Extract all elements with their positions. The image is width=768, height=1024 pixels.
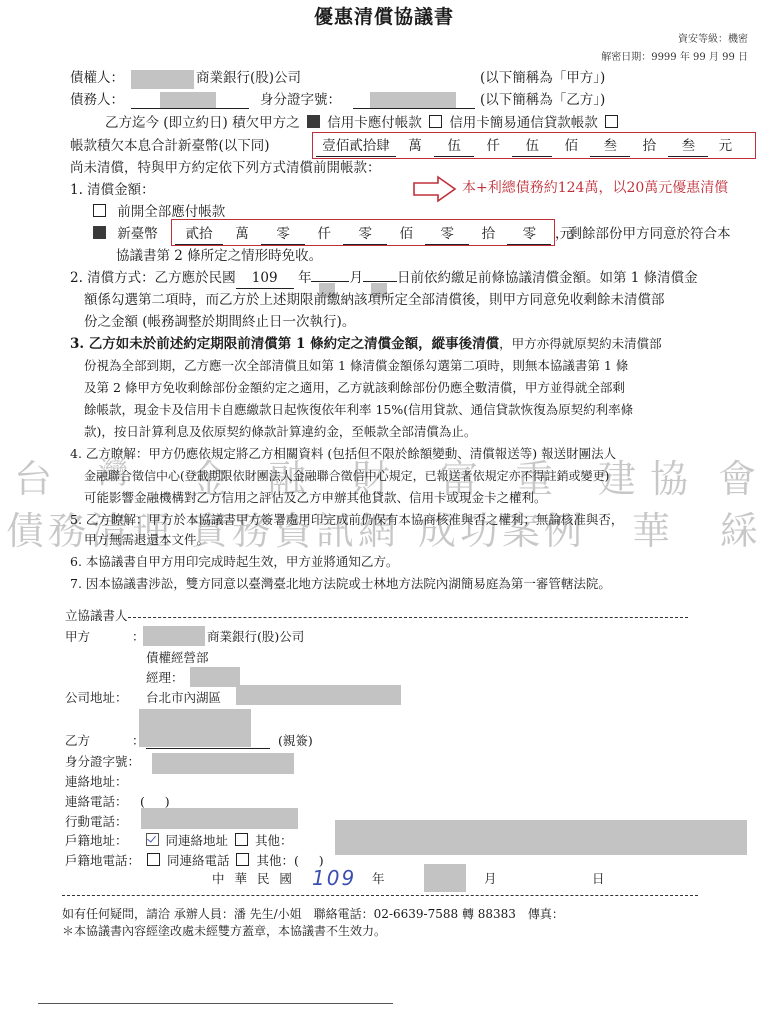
signatories-divider	[128, 617, 688, 618]
watermark-char: 會	[718, 448, 756, 503]
date-day-unit: 日	[592, 869, 605, 889]
clause-2-line-2: 額係勾選第二項時，而乙方於上述期限前繳納該項所定全部清償後，則甲方同意免收剩餘未…	[84, 290, 665, 310]
party-b-sign-note: (親簽)	[278, 731, 313, 751]
clause-2-prefix: 2. 清償方式：乙方應於民國	[70, 270, 236, 286]
party-b-colon: ：	[132, 731, 145, 751]
amount-shi-value: 叁	[590, 136, 630, 157]
clause-3-line-1: 3. 乙方如未於前述約定期限前清償第 1 條約定之清償金額，縱事後清償，甲方亦得…	[70, 334, 662, 354]
signatories-header: 立協議書人	[65, 606, 128, 626]
debt-amount: 壹佰貳拾肆 萬 伍 仟 伍 佰 叁 拾 叁 元	[316, 136, 738, 157]
party-a-name-redacted	[143, 626, 205, 646]
clause-1-title: 1. 清償金額：	[70, 180, 155, 200]
repay-month-unit: 月	[349, 270, 363, 286]
party-b-signature-redacted	[139, 709, 251, 747]
other-phone-checkbox[interactable]	[236, 853, 249, 866]
settlement-prefix: 新臺幣	[117, 226, 158, 242]
watermark-char: 債	[6, 500, 44, 555]
creditor-label: 債權人：	[70, 68, 124, 88]
easy-loan-checkbox[interactable]	[429, 115, 442, 128]
bottom-rule	[38, 1003, 393, 1004]
party-b-id-label: 身分證字號：	[65, 752, 140, 772]
same-phone-label: 同連絡電話	[167, 853, 230, 868]
party-b-signature-field[interactable]	[146, 748, 270, 749]
household-address-label: 戶籍地址：	[65, 833, 128, 848]
debtor-id-redacted	[370, 92, 456, 108]
party-b-id-redacted	[152, 753, 294, 774]
other-address-checkbox[interactable]	[235, 833, 248, 846]
company-address-label: 公司地址：	[65, 688, 128, 708]
manager-name-redacted	[190, 667, 240, 687]
company-address-value: 台北市內湖區	[146, 688, 221, 708]
party-a-label: 甲方	[65, 627, 90, 647]
debtor-alias: (以下簡稱為「乙方」)	[480, 90, 605, 110]
contact-address-label: 連絡地址：	[65, 772, 128, 792]
amount-wan-value: 壹佰貳拾肆	[316, 136, 396, 157]
intro-line-3: 尚未清償，特與甲方約定依下列方式清償前開帳款：	[70, 158, 381, 178]
clause-2-line-3: 份之金額 (帳務調整於期間終止日一次執行)。	[84, 312, 355, 332]
security-level: 資安等級：機密	[678, 30, 748, 45]
clause-2-line-1: 2. 清償方式：乙方應於民國109 年月日前依約繳足前條協議清償金額。如第 1 …	[70, 268, 698, 289]
extra-option-checkbox[interactable]	[605, 115, 618, 128]
clause-4-line-1: 4. 乙方瞭解：甲方仍應依規定將乙方相關資料 (包括但不限於餘額變動、清償報送等…	[70, 444, 616, 464]
household-phone-label: 戶籍地電話：	[65, 853, 140, 868]
clause-4-line-3: 可能影響金融機構對乙方信用之評估及乙方申辦其他貸款、信用卡或現金卡之權利。	[84, 488, 547, 508]
settle-wan-unit: 萬	[235, 226, 249, 242]
intro-line-2-prefix: 帳款積欠本息合計新臺幣(以下同)	[70, 136, 270, 156]
arrow-right-icon	[412, 175, 458, 203]
clause-3-line-2: 份視為全部到期，乙方應一次全部清償且如第 1 條清償金額係勾選第二項時，則無本協…	[84, 356, 628, 376]
amount-qian-value: 伍	[434, 136, 474, 157]
debtor-name-redacted	[160, 92, 216, 108]
company-address-redacted	[236, 685, 401, 705]
mobile-redacted	[141, 808, 298, 829]
clause-6: 6. 本協議書自甲方用印完成時起生效，甲方並將通知乙方。	[70, 552, 398, 572]
settle-shi-unit: 拾	[482, 226, 496, 242]
clause-3-line-3: 及第 2 條甲方免收剩餘部份金額約定之適用，乙方就該剩餘部份仍應全數清償，甲方並…	[84, 378, 625, 398]
amount-qian-unit: 仟	[486, 138, 500, 154]
amount-yuan-value: 叁	[668, 136, 708, 157]
option-easy-loan-label: 信用卡簡易通信貸款帳款	[449, 115, 598, 131]
date-month-redacted	[424, 864, 466, 892]
creditor-suffix: 商業銀行(股)公司	[196, 68, 301, 88]
other-address-redacted	[335, 820, 747, 855]
date-month-unit: 月	[484, 869, 497, 889]
household-address-row: 戶籍地址： 同連絡地址 其他：	[65, 831, 292, 851]
party-b-label: 乙方	[65, 731, 90, 751]
declassify-date: 解密日期：9999 年 99 月 99 日	[601, 48, 748, 63]
settle-qian-unit: 仟	[317, 226, 331, 242]
settlement-suffix: ，剩餘部份甲方同意於符合本	[555, 224, 731, 244]
contact-phone-label: 連絡電話：	[65, 792, 128, 812]
settle-wan-value: 貳拾	[175, 224, 223, 245]
footer-note: ＊本協議書內容經塗改處未經雙方蓋章，本協議書不生效力。	[62, 922, 386, 940]
party-a-suffix: 商業銀行(股)公司	[207, 627, 304, 647]
repay-year-unit: 年	[298, 270, 312, 286]
party-a-dept: 債權經營部	[146, 648, 209, 668]
settlement-amount-checkbox[interactable]	[93, 226, 106, 239]
debtor-label: 債務人：	[70, 90, 124, 110]
clause-2-suffix: 日前依約繳足前條協議清償金額。如第 1 條清償金	[397, 270, 698, 286]
intro-prefix: 乙方迄今 (即立約日) 積欠甲方之	[105, 115, 300, 131]
clause-1-option-2: 新臺幣	[90, 224, 158, 244]
other-phone-label: 其他：	[256, 853, 294, 868]
household-phone-row: 戶籍地電話： 同連絡電話 其他：( )	[65, 851, 324, 871]
same-phone-checkbox[interactable]	[147, 853, 160, 866]
mobile-label: 行動電話：	[65, 812, 128, 832]
settlement-line-2: 協議書第 2 條所定之情形時免收。	[116, 246, 322, 266]
settle-bai-value: 零	[343, 224, 387, 245]
watermark-char: 華	[632, 500, 670, 555]
repay-month[interactable]	[311, 281, 349, 282]
credit-card-checkbox[interactable]	[307, 115, 320, 128]
amount-bai-unit: 佰	[564, 138, 578, 154]
option-credit-card-label: 信用卡應付帳款	[327, 115, 422, 131]
full-amount-label: 前開全部應付帳款	[117, 204, 225, 220]
intro-line-1: 乙方迄今 (即立約日) 積欠甲方之 信用卡應付帳款 信用卡簡易通信貸款帳款	[105, 113, 621, 133]
footer-contact: 如有任何疑問，請洽 承辦人員：潘 先生/小姐 聯絡電話：02-6639-7588…	[62, 905, 564, 923]
settle-bai-unit: 佰	[399, 226, 413, 242]
repay-year: 109	[236, 268, 294, 289]
amount-bai-value: 伍	[512, 136, 552, 157]
settlement-amount: 貳拾 萬 零 仟 零 佰 零 拾 零 元	[175, 224, 577, 245]
clause-5-line-2: 甲方無需退還本文件。	[84, 530, 209, 550]
watermark-char: 台	[14, 448, 52, 503]
creditor-name-redacted	[131, 70, 194, 89]
date-year-handwritten: 109	[312, 866, 356, 890]
watermark-char: 綵	[720, 500, 758, 555]
watermark-char: 協	[650, 448, 688, 503]
full-amount-checkbox[interactable]	[93, 204, 106, 217]
date-era: 中 華 民 國	[212, 869, 295, 889]
settle-yuan-value: 零	[507, 224, 551, 245]
clause-3-line-5: 款)，按日計算利息及依原契約條款計算違約金，至帳款全部清償為止。	[84, 422, 476, 442]
repay-day[interactable]	[363, 281, 397, 282]
same-address-label: 同連絡地址	[165, 833, 228, 848]
manager-label: 經理：	[146, 668, 184, 688]
amount-shi-unit: 拾	[643, 138, 657, 154]
clause-3-bold: 3. 乙方如未於前述約定期限前清償第 1 條約定之清償金額，縱事後清償	[70, 336, 499, 352]
clause-5-line-1: 5. 乙方瞭解：甲方於本協議書甲方簽署處用印完成前仍保有本協商核准與否之權利；無…	[70, 510, 623, 530]
debtor-id-label: 身分證字號：	[260, 90, 341, 110]
amount-yuan-unit: 元	[719, 138, 733, 154]
annotation-note: 本+利總債務約124萬，以20萬元優惠清償	[462, 178, 728, 198]
same-address-checkbox[interactable]	[146, 833, 159, 846]
date-year-unit: 年	[372, 869, 385, 889]
creditor-alias: (以下簡稱為「甲方」)	[480, 68, 605, 88]
clause-4-line-2: 金融聯合徵信中心(登載期限依財團法人金融聯合徵信中心規定，已報送者依規定亦不得註…	[84, 466, 609, 486]
debtor-id-field[interactable]	[353, 108, 475, 109]
amount-wan-unit: 萬	[408, 138, 422, 154]
other-address-label: 其他：	[255, 833, 293, 848]
debtor-name-field[interactable]	[131, 108, 249, 109]
clause-3-line-4: 餘帳款，現金卡及信用卡自應繳款日起恢復依年利率 15%(信用貸款、通信貸款恢復為…	[84, 400, 633, 420]
settle-qian-value: 零	[261, 224, 305, 245]
clause-7: 7. 因本協議書涉訟，雙方同意以臺灣臺北地方法院或士林地方法院內湖簡易庭為第一審…	[70, 574, 611, 594]
document-title: 優惠清償協議書	[0, 2, 768, 29]
settle-shi-value: 零	[425, 224, 469, 245]
footer-divider	[62, 895, 698, 896]
clause-3-rest: ，甲方亦得就原契約未清償部	[499, 336, 662, 351]
